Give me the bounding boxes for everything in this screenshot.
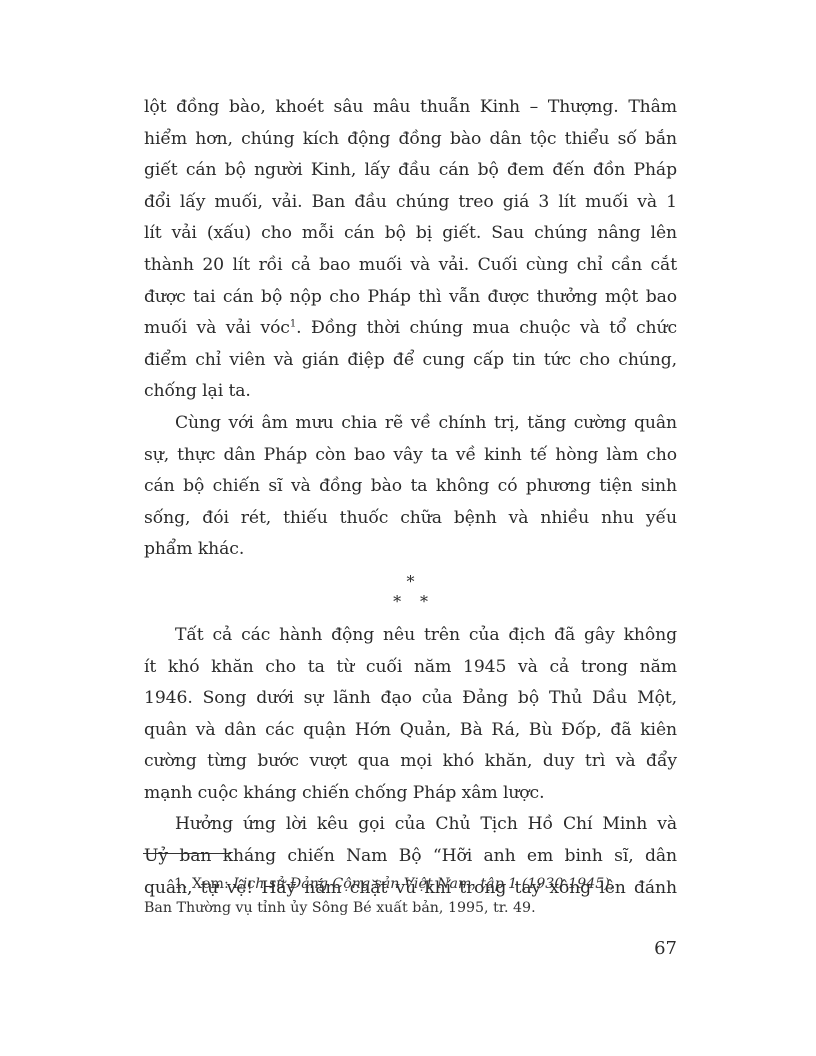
text-line: đổi lấy muối, vải. Ban đầu chúng treo gi… [144,187,677,219]
text-line: thành 20 lít rồi cả bao muối và vải. Cuố… [144,250,677,282]
footnote-punct: , [610,876,615,892]
text-line: sự, thực dân Pháp còn bao vây ta về kinh… [144,440,677,472]
page-number: 67 [640,938,677,959]
paragraph-2: Cùng với âm mưu chia rẽ về chính trị, tă… [144,408,677,566]
text-line-with-footnote: muối và vải vóc1. Đồng thời chúng mua ch… [144,313,677,345]
text-line: cán bộ chiến sĩ và đồng bào ta không có … [144,471,677,503]
paragraph-1: lột đồng bào, khoét sâu mâu thuẫn Kinh –… [144,92,677,408]
footnote-number: 1. Xem: [174,876,233,892]
text-line: được tai cán bộ nộp cho Pháp thì vẫn đượ… [144,282,677,314]
text-fragment: muối và vải vóc [144,318,290,338]
text-fragment: . Đồng thời chúng mua chuộc và tổ chức [296,318,677,338]
text-line: lít vải (xấu) cho mỗi cán bộ bị giết. Sa… [144,218,677,250]
text-line: phẩm khác. [144,534,677,566]
text-line: 1946. Song dưới sự lãnh đạo của Đảng bộ … [144,683,677,715]
footnote-title: Lịch sử Đảng Cộng sản Việt Nam [233,876,471,892]
text-line: hiểm hơn, chúng kích động đồng bào dân t… [144,124,677,156]
separator-star-row: * * [144,592,677,612]
text-line: Cùng với âm mưu chia rẽ về chính trị, tă… [144,408,677,440]
text-line: cường từng bước vượt qua mọi khó khăn, d… [144,746,677,778]
text-line: sống, đói rét, thiếu thuốc chữa bệnh và … [144,503,677,535]
footnote-divider [143,853,231,854]
text-line: lột đồng bào, khoét sâu mâu thuẫn Kinh –… [144,92,677,124]
text-line: ít khó khăn cho ta từ cuối năm 1945 và c… [144,652,677,684]
footnote-volume: , tập 1 (1930-1945) [471,876,609,892]
paragraph-3: Tất cả các hành động nêu trên của địch đ… [144,620,677,810]
text-line: mạnh cuộc kháng chiến chống Pháp xâm lượ… [144,778,677,810]
footnote-line-2: Ban Thường vụ tỉnh ủy Sông Bé xuất bản, … [144,896,677,920]
text-line: giết cán bộ người Kinh, lấy đầu cán bộ đ… [144,155,677,187]
body-text: lột đồng bào, khoét sâu mâu thuẫn Kinh –… [144,92,677,904]
text-line: Tất cả các hành động nêu trên của địch đ… [144,620,677,652]
text-line: điểm chỉ viên và gián điệp để cung cấp t… [144,345,677,377]
text-line: chống lại ta. [144,376,677,408]
text-line: Hưởng ứng lời kêu gọi của Chủ Tịch Hồ Ch… [144,809,677,841]
text-line: Uỷ ban kháng chiến Nam Bộ “Hỡi anh em bi… [144,841,677,873]
separator-star-row: * [144,572,677,592]
book-page: lột đồng bào, khoét sâu mâu thuẫn Kinh –… [0,0,816,1056]
text-line: quân và dân các quận Hớn Quản, Bà Rá, Bù… [144,715,677,747]
footnote: 1. Xem: Lịch sử Đảng Cộng sản Việt Nam, … [144,872,677,920]
section-separator: * * * [144,572,677,612]
footnote-line-1: 1. Xem: Lịch sử Đảng Cộng sản Việt Nam, … [144,872,677,896]
